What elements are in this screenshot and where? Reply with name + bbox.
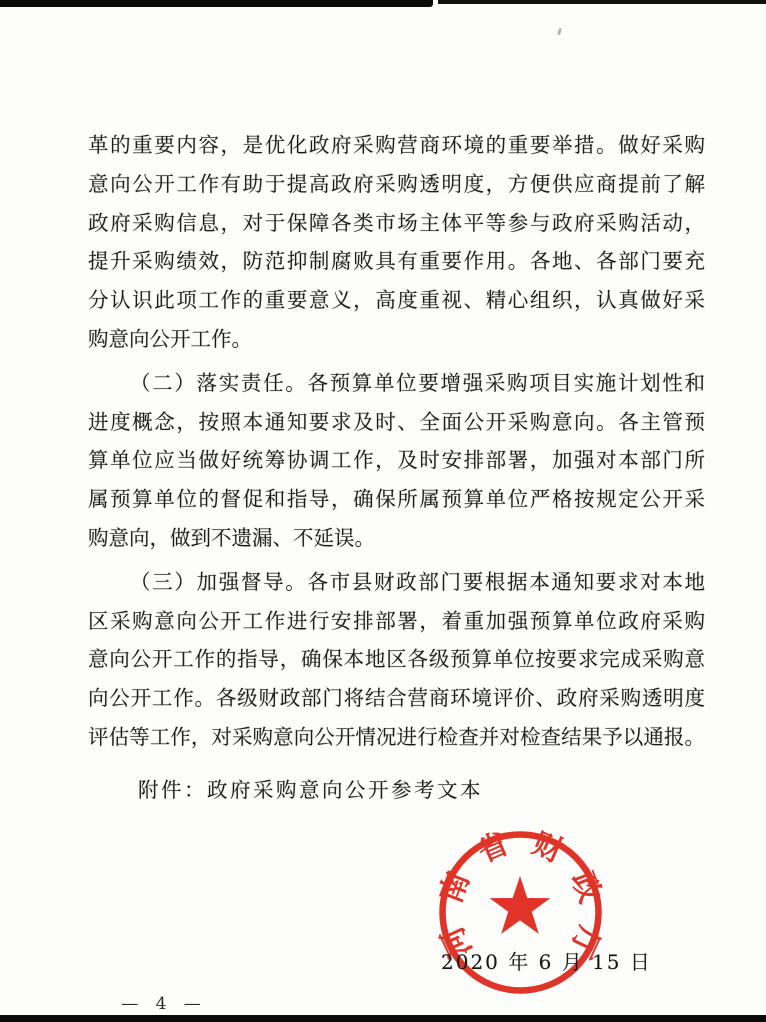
- text-line: 附件：政府采购意向公开参考文本: [88, 771, 705, 810]
- paragraph: 革的重要内容，是优化政府采购营商环境的重要举措。做好采购意向公开工作有助于提高政…: [88, 126, 705, 359]
- text-line: 分认识此项工作的重要意义，高度重视、精心组织，认真做好采: [88, 281, 705, 320]
- text-line: （三）加强督导。各市县财政部门要根据本通知要求对本地: [88, 563, 705, 602]
- text-line: 向公开工作。各级财政部门将结合营商环境评价、政府采购透明度: [88, 679, 705, 718]
- page-number: — 4 —: [104, 994, 224, 1014]
- text-line: 评估等工作，对采购意向公开情况进行检查并对检查结果予以通报。: [88, 718, 705, 757]
- text-line: （二）落实责任。各预算单位要增强采购项目实施计划性和: [88, 364, 705, 403]
- text-line: 区采购意向公开工作进行安排部署，着重加强预算单位政府采购: [88, 602, 705, 641]
- scan-edge-bottom: [0, 1015, 766, 1022]
- document-date: 2020 年 6 月 15 日: [441, 946, 661, 975]
- scanned-document-page: 革的重要内容，是优化政府采购营商环境的重要举措。做好采购意向公开工作有助于提高政…: [0, 0, 766, 1022]
- text-line: 进度概念，按照本通知要求及时、全面公开采购意向。各主管预: [88, 403, 705, 442]
- text-line: 革的重要内容，是优化政府采购营商环境的重要举措。做好采购: [88, 126, 705, 165]
- document-body: 革的重要内容，是优化政府采购营商环境的重要举措。做好采购意向公开工作有助于提高政…: [88, 126, 705, 810]
- scan-edge-top-right: [438, 0, 766, 4]
- text-line: 意向公开工作有助于提高政府采购透明度，方便供应商提前了解: [88, 165, 705, 204]
- scan-speck: [557, 28, 562, 36]
- star-icon: [490, 876, 551, 934]
- paragraph: （三）加强督导。各市县财政部门要根据本通知要求对本地区采购意向公开工作进行安排部…: [88, 563, 705, 757]
- text-line: 算单位应当做好统筹协调工作，及时安排部署，加强对本部门所: [88, 441, 705, 480]
- paragraph: （二）落实责任。各预算单位要增强采购项目实施计划性和进度概念，按照本通知要求及时…: [88, 364, 705, 558]
- text-line: 购意向公开工作。: [88, 320, 705, 359]
- scan-edge-top-left: [0, 0, 433, 7]
- text-line: 购意向，做到不遗漏、不延误。: [88, 519, 705, 558]
- text-line: 政府采购信息，对于保障各类市场主体平等参与政府采购活动，: [88, 204, 705, 243]
- text-line: 意向公开工作的指导，确保本地区各级预算单位按要求完成采购意: [88, 640, 705, 679]
- attachment-line: 附件：政府采购意向公开参考文本: [88, 771, 705, 810]
- text-line: 属预算单位的督促和指导，确保所属预算单位严格按规定公开采: [88, 480, 705, 519]
- text-line: 提升采购绩效，防范抑制腐败具有重要作用。各地、各部门要充: [88, 242, 705, 281]
